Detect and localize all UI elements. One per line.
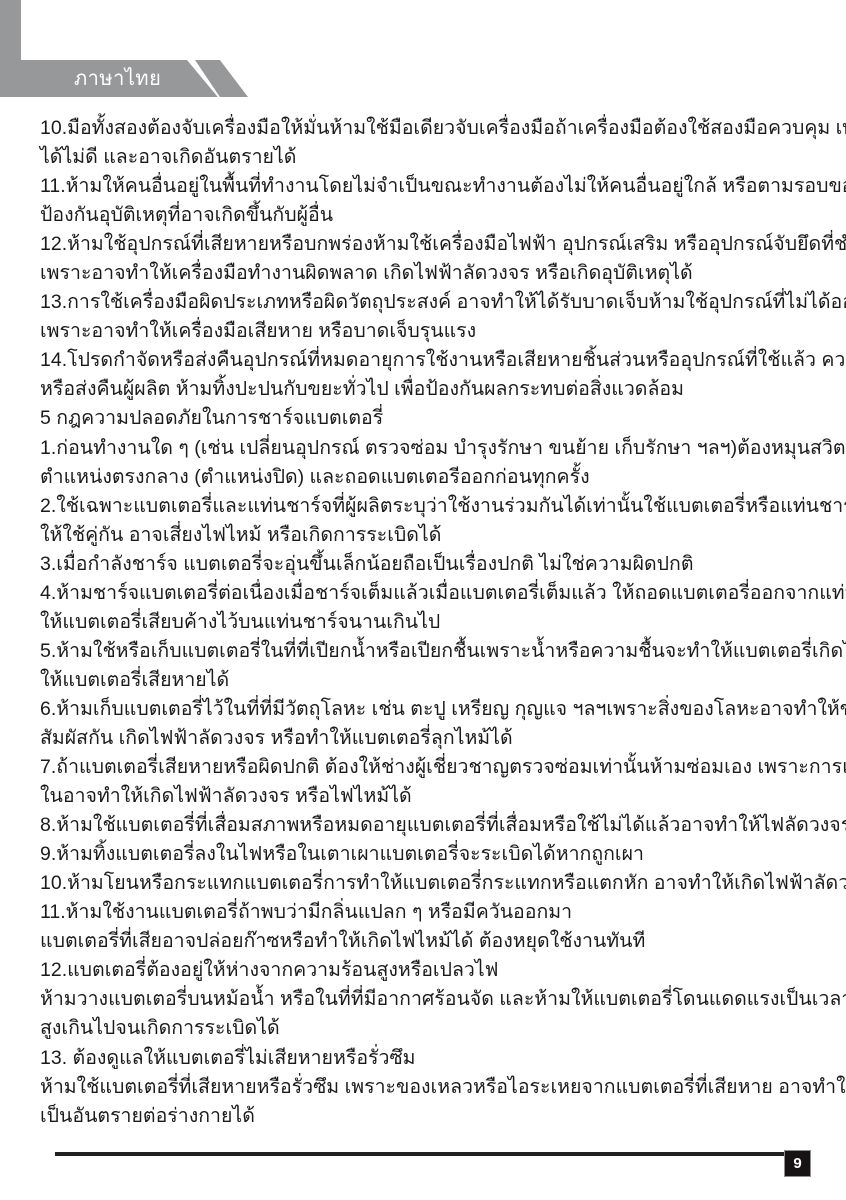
text-line: เพราะอาจทำให้เครื่องมือเสียหาย หรือบาดเจ…: [40, 317, 820, 346]
text-line: เป็นอันตรายต่อร่างกายได้: [40, 1102, 820, 1131]
text-line: เพราะอาจทำให้เครื่องมือทำงานผิดพลาด เกิด…: [40, 259, 820, 288]
text-line: 9.ห้ามทิ้งแบตเตอรี่ลงในไฟหรือในเตาเผาแบต…: [40, 840, 820, 869]
text-line: 4.ห้ามชาร์จแบตเตอรี่ต่อเนื่องเมื่อชาร์จเ…: [40, 579, 820, 608]
text-line: 12.ห้ามใช้อุปกรณ์ที่เสียหายหรือบกพร่องห้…: [40, 230, 820, 259]
text-line: 13. ต้องดูแลให้แบตเตอรี่ไม่เสียหายหรือรั…: [40, 1044, 820, 1073]
footer-rule: [55, 1152, 785, 1156]
safety-instructions-text: 10.มือทั้งสองต้องจับเครื่องมือให้มั่นห้า…: [40, 114, 820, 1131]
text-line: 13.การใช้เครื่องมือผิดประเภทหรือผิดวัตถุ…: [40, 288, 820, 317]
text-line: 5 กฎความปลอดภัยในการชาร์จแบตเตอรี่: [40, 404, 820, 433]
text-line: 10.ห้ามโยนหรือกระแทกแบตเตอรี่การทำให้แบต…: [40, 869, 820, 898]
manual-page: ภาษาไทย 10.มือทั้งสองต้องจับเครื่องมือให…: [0, 0, 846, 1200]
text-line: ให้แบตเตอรี่เสียหายได้: [40, 666, 820, 695]
text-line: สูงเกินไปจนเกิดการระเบิดได้: [40, 1014, 820, 1043]
text-line: 6.ห้ามเก็บแบตเตอรี่ไว้ในที่ที่มีวัตถุโลห…: [40, 695, 820, 724]
text-line: ตำแหน่งตรงกลาง (ตำแหน่งปิด) และถอดแบตเตอ…: [40, 463, 820, 492]
language-banner: ภาษาไทย: [0, 60, 220, 97]
text-line: ป้องกันอุบัติเหตุที่อาจเกิดขึ้นกับผู้อื่…: [40, 201, 820, 230]
text-line: 7.ถ้าแบตเตอรี่เสียหายหรือผิดปกติ ต้องให้…: [40, 753, 820, 782]
page-number-label: 9: [793, 1156, 801, 1171]
text-line: ให้ใช้คู่กัน อาจเสี่ยงไฟไหม้ หรือเกิดการ…: [40, 521, 820, 550]
text-line: 3.เมื่อกำลังชาร์จ แบตเตอรี่จะอุ่นขึ้นเล็…: [40, 550, 820, 579]
text-line: 10.มือทั้งสองต้องจับเครื่องมือให้มั่นห้า…: [40, 114, 820, 143]
text-line: ในอาจทำให้เกิดไฟฟ้าลัดวงจร หรือไฟไหม้ได้: [40, 782, 820, 811]
text-line: 1.ก่อนทำงานใด ๆ (เช่น เปลี่ยนอุปกรณ์ ตรว…: [40, 434, 820, 463]
text-line: หรือส่งคืนผู้ผลิต ห้ามทิ้งปะปนกับขยะทั่ว…: [40, 375, 820, 404]
text-line: 2.ใช้เฉพาะแบตเตอรี่และแท่นชาร์จที่ผู้ผลิ…: [40, 492, 820, 521]
page-number-badge: 9: [784, 1150, 811, 1177]
text-line: 8.ห้ามใช้แบตเตอรี่ที่เสื่อมสภาพหรือหมดอา…: [40, 811, 820, 840]
text-line: ห้ามวางแบตเตอรี่บนหม้อน้ำ หรือในที่ที่มี…: [40, 985, 820, 1014]
text-line: สัมผัสกัน เกิดไฟฟ้าลัดวงจร หรือทำให้แบตเ…: [40, 724, 820, 753]
text-line: ห้ามใช้แบตเตอรี่ที่เสียหายหรือรั่วซึม เพ…: [40, 1073, 820, 1102]
text-line: แบตเตอรี่ที่เสียอาจปล่อยก๊าซหรือทำให้เกิ…: [40, 927, 820, 956]
text-line: 11.ห้ามให้คนอื่นอยู่ในพื้นที่ทำงานโดยไม่…: [40, 172, 820, 201]
text-line: 12.แบตเตอรี่ต้องอยู่ให้ห่างจากความร้อนสู…: [40, 956, 820, 985]
text-line: ได้ไม่ดี และอาจเกิดอันตรายได้: [40, 143, 820, 172]
text-line: 11.ห้ามใช้งานแบตเตอรี่ถ้าพบว่ามีกลิ่นแปล…: [40, 898, 820, 927]
text-line: 5.ห้ามใช้หรือเก็บแบตเตอรี่ในที่ที่เปียกน…: [40, 637, 820, 666]
text-line: 14.โปรดกำจัดหรือส่งคืนอุปกรณ์ที่หมดอายุก…: [40, 346, 820, 375]
language-banner-label: ภาษาไทย: [74, 69, 161, 89]
text-line: ให้แบตเตอรี่เสียบค้างไว้บนแท่นชาร์จนานเก…: [40, 608, 820, 637]
